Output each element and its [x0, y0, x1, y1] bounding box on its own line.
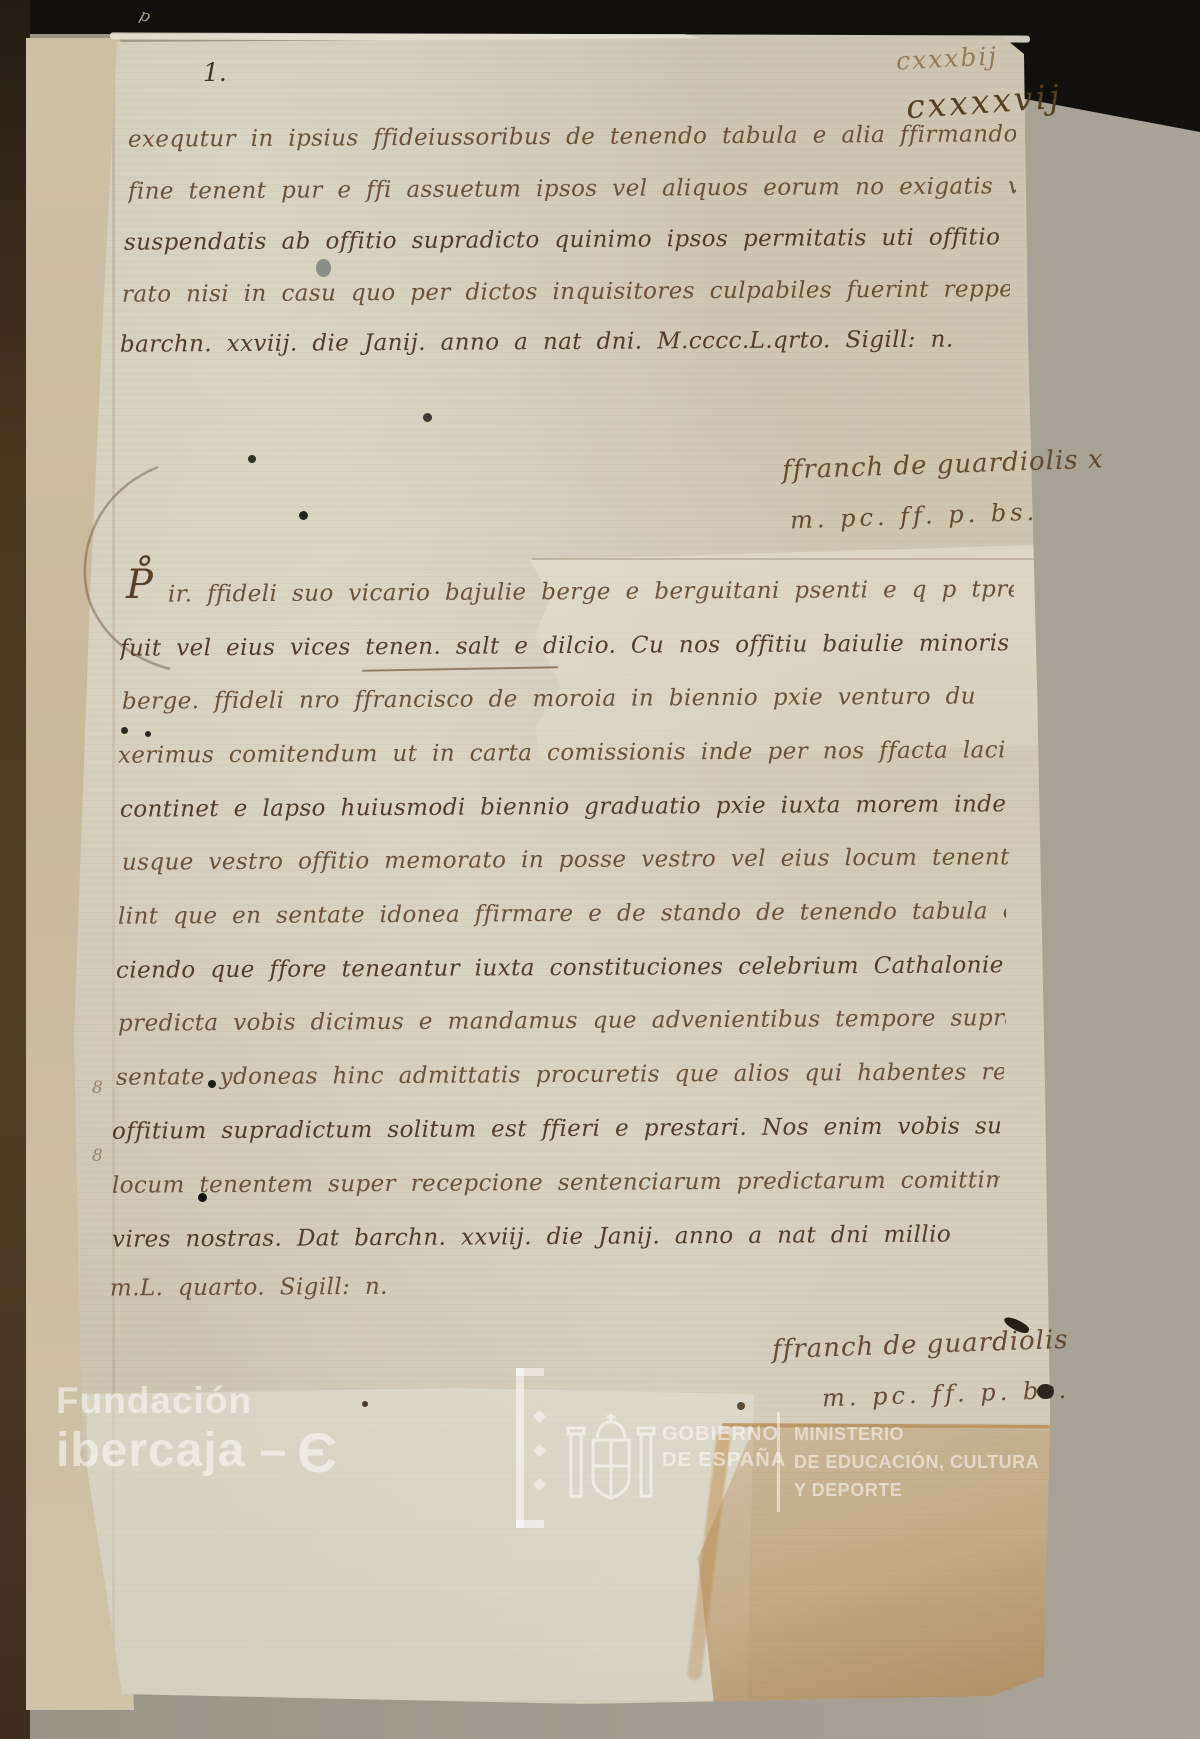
margin-mark: 8	[92, 1078, 103, 1098]
ink-speck	[208, 1080, 216, 1088]
text-line: berge. ffideli nro ffrancisco de moroia …	[122, 683, 1010, 714]
text-line: xerimus comitendum ut in carta comission…	[118, 737, 1006, 768]
text-line: suspendatis ab offitio supradicto quinim…	[124, 224, 1012, 255]
watermark-gobierno: GOBIERNO	[662, 1424, 779, 1445]
watermark-fundacion: Fundación	[56, 1382, 252, 1421]
book-spine	[0, 0, 30, 1739]
paper-hole	[316, 259, 331, 277]
patch-top-crease	[532, 558, 1037, 560]
text-line: vires nostras. Dat barchn. xxviij. die J…	[112, 1221, 1000, 1252]
text-line: offitium supradictum solitum est ffieri …	[112, 1113, 1000, 1144]
text-line: fine tenent pur e ffi assuetum ipsos vel…	[128, 173, 1016, 204]
ibercaja-logo-symbol: Є	[287, 1421, 338, 1484]
folio-number-light: cxxxbij	[895, 41, 998, 75]
text-line: barchn. xxviij. die Janij. anno a nat dn…	[120, 326, 1008, 357]
text-line: fuit vel eius vices tenen. salt e dilcio…	[120, 630, 1008, 661]
watermark-ibercaja: ibercaja–Є	[56, 1424, 338, 1483]
text-line: ciendo que ffore teneantur iuxta constit…	[116, 952, 1004, 983]
text-line: locum tenentem super recepcione sentenci…	[112, 1167, 1000, 1198]
ink-speck	[299, 511, 308, 520]
text-line: rato nisi in casu quo per dictos inquisi…	[122, 276, 1010, 307]
ink-speck	[423, 413, 432, 422]
text-line: exequtur in ipsius ffideiussoribus de te…	[128, 121, 1016, 152]
ink-speck	[145, 731, 151, 737]
text-line: usque vestro offitio memorato in posse v…	[122, 844, 1010, 875]
text-line: continet e lapso huiusmodi biennio gradu…	[120, 791, 1008, 822]
column-logo-mark	[516, 1368, 524, 1528]
text-line: lint que en sentate idonea ffirmare e de…	[118, 898, 1006, 929]
manuscript-photo: p 1. cxxxbij cxxxxvij 8 8 exequtur in ip…	[0, 0, 1200, 1739]
ibercaja-dash: –	[245, 1424, 287, 1477]
column-logo-top-arm	[516, 1368, 544, 1376]
watermark-ministerio: MINISTERIO DE EDUCACIÓN, CULTURA Y DEPOR…	[794, 1420, 1039, 1504]
ink-blot	[1037, 1384, 1054, 1399]
watermark-de-espana: DE ESPAÑA	[662, 1450, 786, 1471]
column-logo-bottom-arm	[516, 1520, 544, 1528]
text-line: ir. ffideli suo vicario bajulie berge e …	[168, 576, 1014, 607]
ink-speck	[248, 455, 256, 463]
text-line: m.L. quarto. Sigill: n.	[110, 1273, 590, 1302]
ink-speck	[121, 727, 128, 734]
text-line: sentate ydoneas hinc admittatis procuret…	[116, 1059, 1004, 1090]
pencil-foliation: 1.	[203, 58, 227, 87]
spain-coat-of-arms	[565, 1400, 657, 1515]
ink-speck	[362, 1401, 368, 1407]
initial-letter: P̊	[126, 562, 153, 608]
ink-speck	[737, 1402, 745, 1410]
margin-mark: 8	[92, 1146, 103, 1166]
text-line: predicta vobis dicimus e mandamus que ad…	[118, 1005, 1006, 1036]
ink-speck	[198, 1193, 207, 1202]
watermark-divider	[777, 1412, 780, 1512]
